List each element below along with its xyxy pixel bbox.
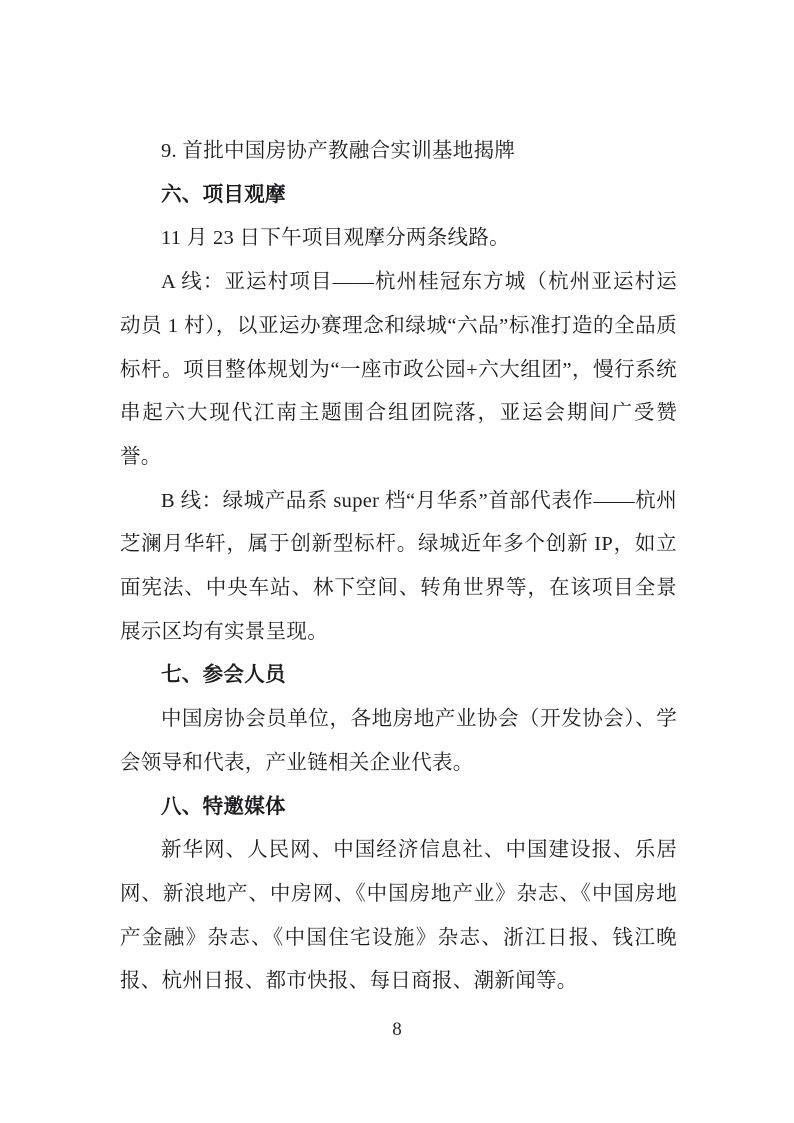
paragraph-route-b: B 线：绿城产品系 super 档“月华系”首部代表作——杭州芝澜月华轩，属于创…	[120, 480, 677, 655]
paragraph-route-a: A 线：亚运村项目——杭州桂冠东方城（杭州亚运村运动员 1 村），以亚运办赛理念…	[120, 261, 677, 480]
paragraph-media-list: 新华网、人民网、中国经济信息社、中国建设报、乐居网、新浪地产、中房网、《中国房地…	[120, 829, 677, 1004]
document-page: 9. 首批中国房协产教融合实训基地揭牌 六、项目观摩 11 月 23 日下午项目…	[0, 0, 794, 1123]
paragraph-tour-schedule: 11 月 23 日下午项目观摩分两条线路。	[120, 217, 677, 261]
section-heading-invited-media: 八、特邀媒体	[120, 786, 677, 830]
section-heading-participants: 七、参会人员	[120, 654, 677, 698]
page-number: 8	[0, 1016, 794, 1044]
document-body: 9. 首批中国房协产教融合实训基地揭牌 六、项目观摩 11 月 23 日下午项目…	[120, 130, 677, 1004]
section-heading-project-tour: 六、项目观摩	[120, 174, 677, 218]
paragraph-participants: 中国房协会员单位，各地房地产业协会（开发协会）、学会领导和代表，产业链相关企业代…	[120, 698, 677, 785]
list-item-9-base-unveiling: 9. 首批中国房协产教融合实训基地揭牌	[120, 130, 677, 174]
